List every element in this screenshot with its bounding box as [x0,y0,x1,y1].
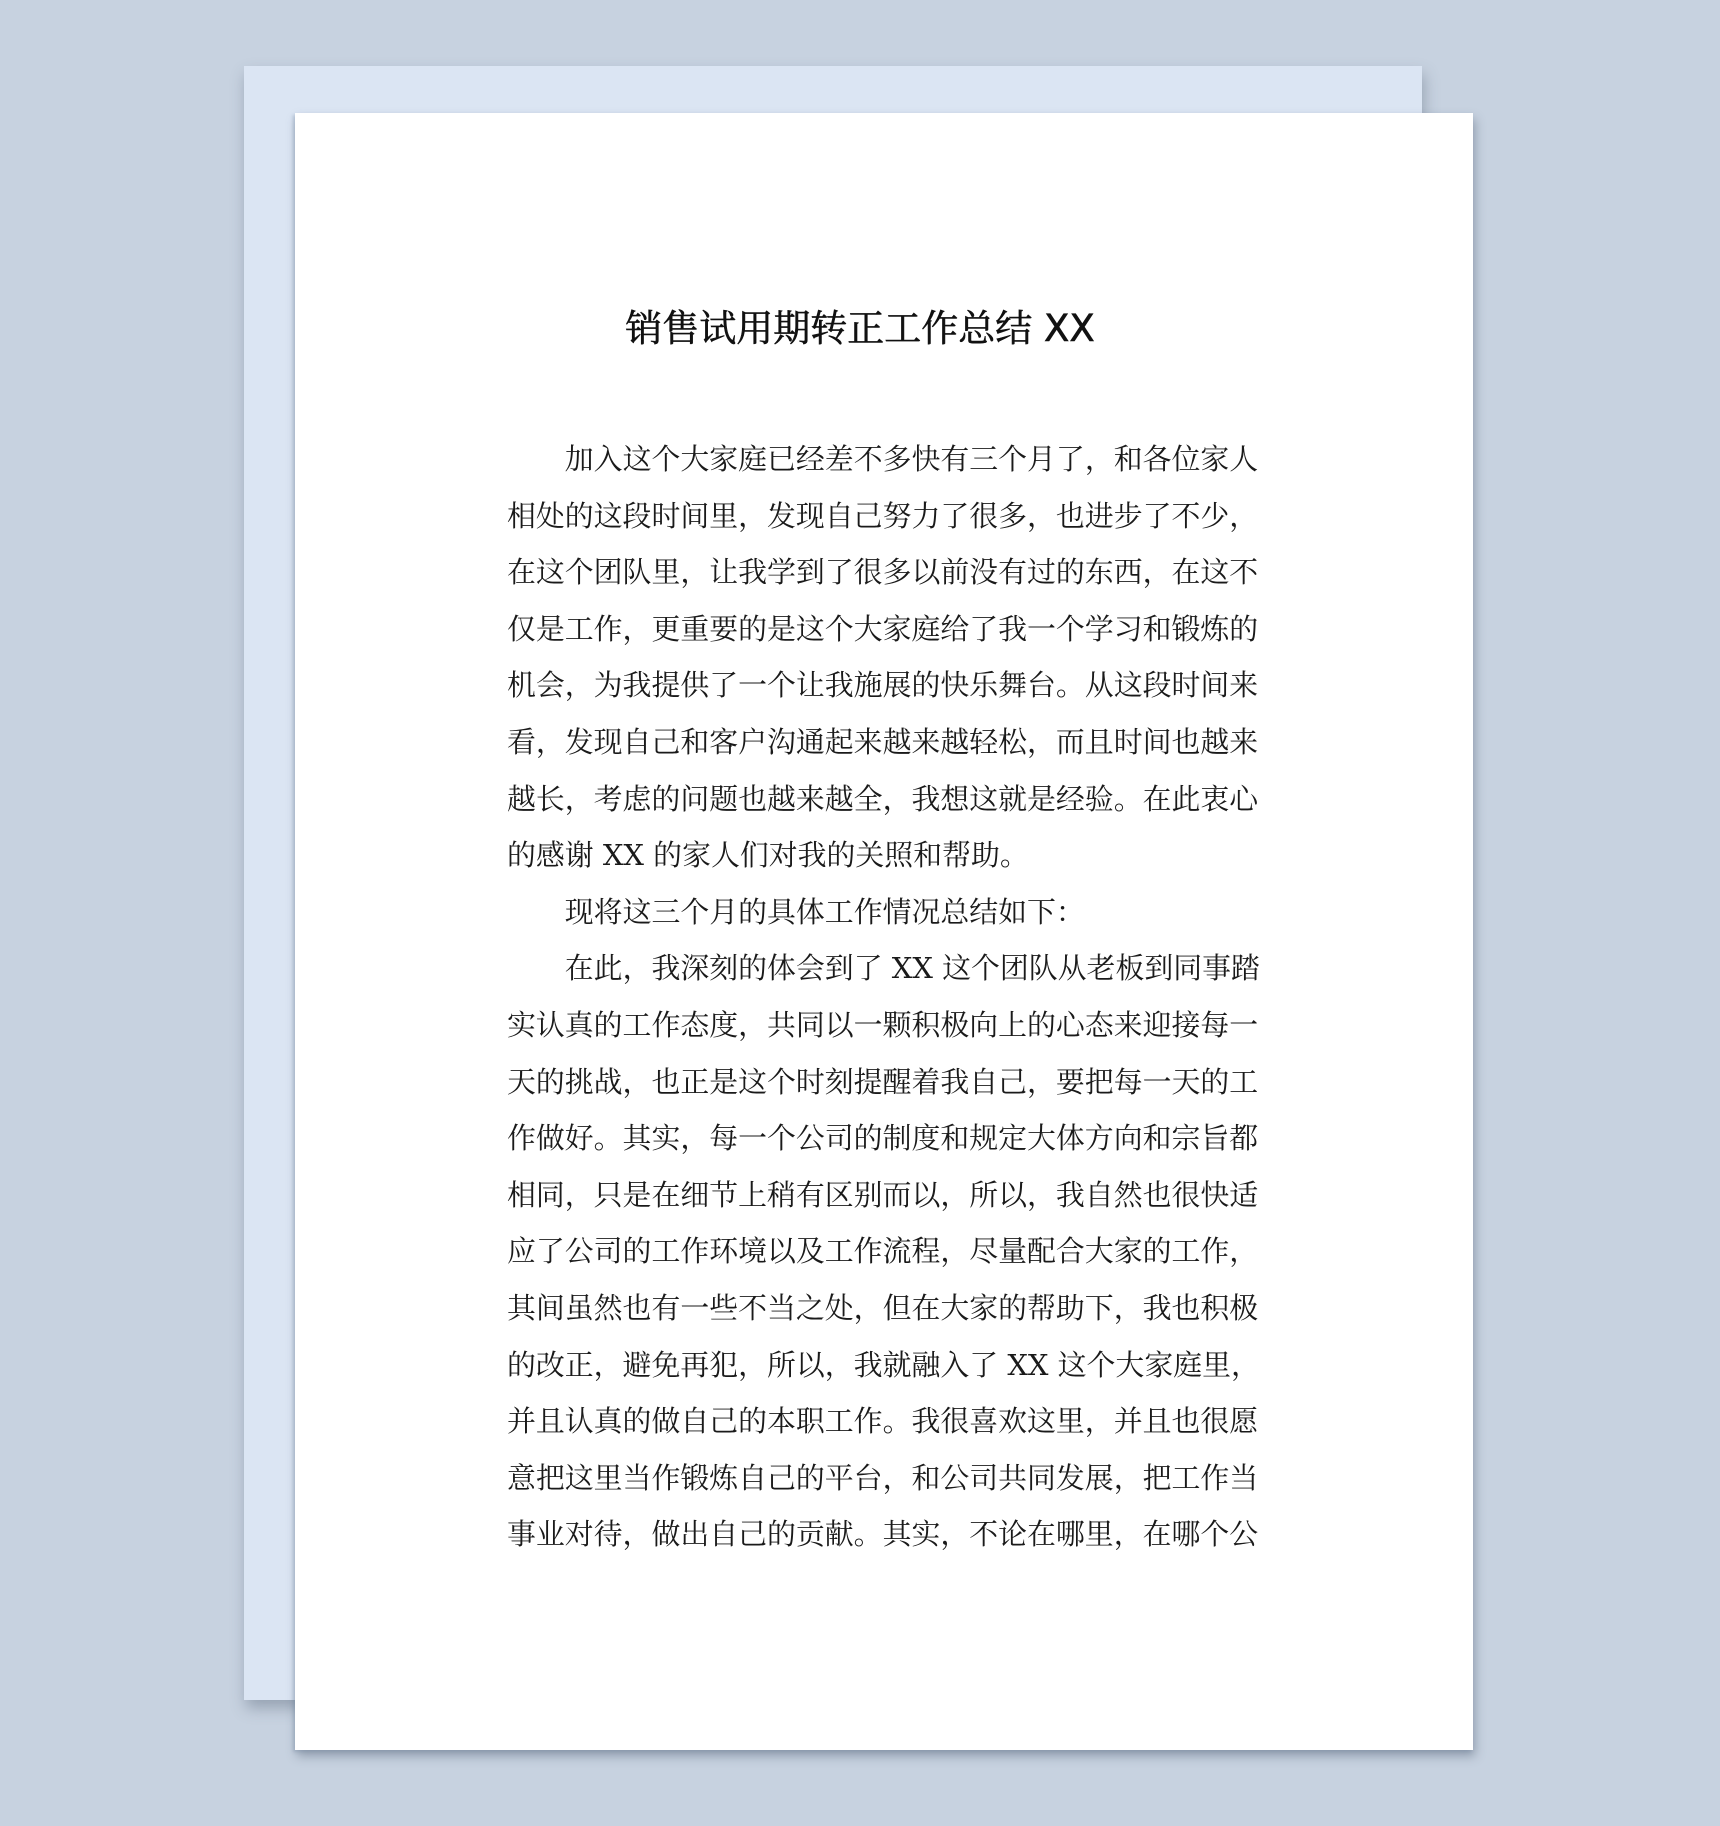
body-line: 作做好。其实，每一个公司的制度和规定大体方向和宗旨都 [507,1110,1259,1167]
body-line: 加入这个大家庭已经差不多快有三个月了，和各位家人 [507,431,1259,488]
body-line: 越长，考虑的问题也越来越全，我想这就是经验。在此衷心 [507,771,1259,828]
document-title: 销售试用期转正工作总结 XX [0,302,1720,356]
body-line: 在此，我深刻的体会到了 XX 这个团队从老板到同事踏 [507,940,1259,997]
body-line: 在这个团队里，让我学到了很多以前没有过的东西，在这不 [507,544,1259,601]
body-line: 的改正，避免再犯，所以，我就融入了 XX 这个大家庭里， [507,1337,1259,1394]
body-line: 现将这三个月的具体工作情况总结如下： [507,884,1259,941]
body-line: 其间虽然也有一些不当之处，但在大家的帮助下，我也积极 [507,1280,1259,1337]
body-line: 天的挑战，也正是这个时刻提醒着我自己，要把每一天的工 [507,1054,1259,1111]
body-line: 意把这里当作锻炼自己的平台，和公司共同发展，把工作当 [507,1450,1259,1507]
body-line: 实认真的工作态度，共同以一颗积极向上的心态来迎接每一 [507,997,1259,1054]
body-line: 看，发现自己和客户沟通起来越来越轻松，而且时间也越来 [507,714,1259,771]
document-body: 加入这个大家庭已经差不多快有三个月了，和各位家人 相处的这段时间里，发现自己努力… [507,431,1259,1563]
body-line: 的感谢 XX 的家人们对我的关照和帮助。 [507,827,1259,884]
body-line: 事业对待，做出自己的贡献。其实，不论在哪里，在哪个公 [507,1506,1259,1563]
body-line: 机会，为我提供了一个让我施展的快乐舞台。从这段时间来 [507,657,1259,714]
body-line: 相处的这段时间里，发现自己努力了很多，也进步了不少， [507,488,1259,545]
body-line: 相同，只是在细节上稍有区别而以，所以，我自然也很快适 [507,1167,1259,1224]
body-line: 应了公司的工作环境以及工作流程，尽量配合大家的工作， [507,1223,1259,1280]
body-line: 并且认真的做自己的本职工作。我很喜欢这里，并且也很愿 [507,1393,1259,1450]
body-line: 仅是工作，更重要的是这个大家庭给了我一个学习和锻炼的 [507,601,1259,658]
